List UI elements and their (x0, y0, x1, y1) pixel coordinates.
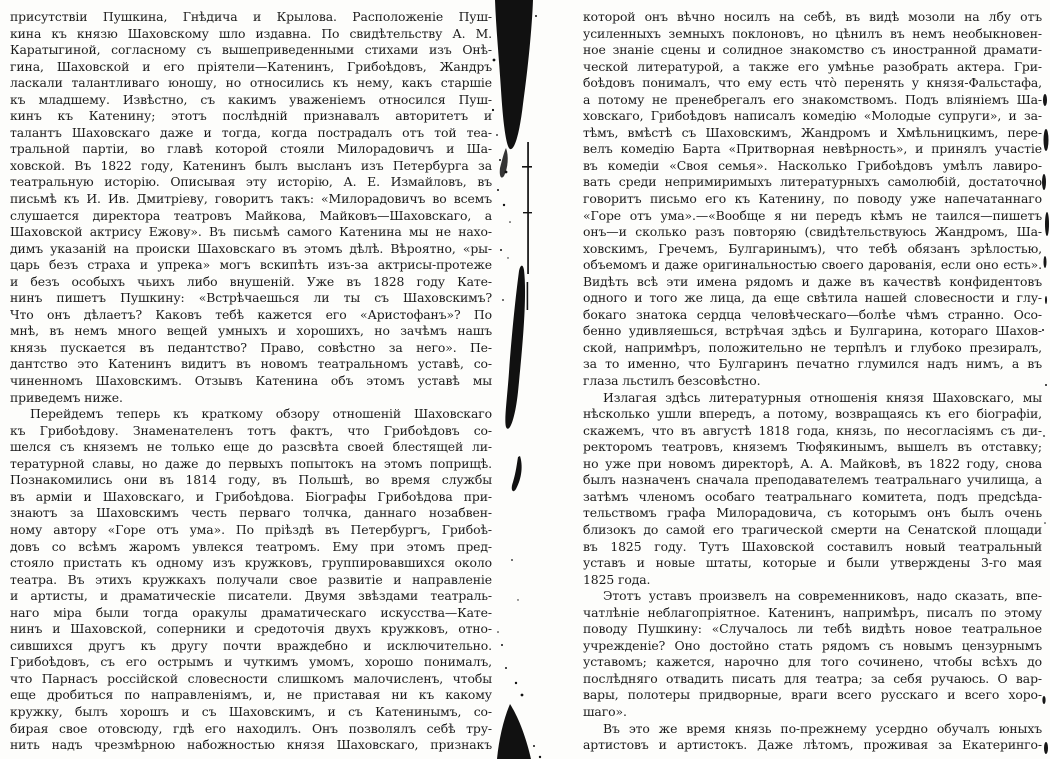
text-line: нить надъ чрезмѣрною набожностью князя Ш… (10, 737, 492, 754)
text-line: вать среди непримиримыхъ литературныхъ с… (583, 174, 1042, 191)
text-line: тельствомъ графа Милорадовича, съ которы… (583, 505, 1042, 522)
text-line: бирая свое отовсюду, гдѣ его находилъ. О… (10, 721, 492, 738)
text-line: приведемъ ниже. (10, 390, 492, 407)
text-line: и артисты, и драматическіе писатели. Дву… (10, 588, 492, 605)
text-line: довъ со всѣмъ жаромъ увлекся театромъ. Е… (10, 539, 492, 556)
text-line: Грибоѣдовъ, съ его острымъ и чуткимъ умо… (10, 654, 492, 671)
text-line: уставомъ; кажется, нарочно для того сочи… (583, 654, 1042, 671)
text-line: ховскаго, Грибоѣдовъ написалъ комедію «М… (583, 108, 1042, 125)
text-line: послѣдняго отвадить писать для театра; з… (583, 671, 1042, 688)
text-line: а потому не пренебрегалъ его знакомством… (583, 92, 1042, 109)
text-line: затѣмъ членомъ особаго театральнаго коми… (583, 489, 1042, 506)
text-line: что Парнасъ россійской словесности слишк… (10, 671, 492, 688)
text-line: и безъ особыхъ чьихъ либо внушеній. Уже … (10, 274, 492, 291)
text-line: мнѣ, въ немъ много вещей умныхъ и хороши… (10, 323, 492, 340)
text-line: онъ—и сколько разъ повторяю (свидѣтельст… (583, 224, 1042, 241)
text-line: объемомъ и даже оригинальностью своего д… (583, 257, 1042, 274)
text-line: 1825 года. (583, 572, 1042, 589)
text-line: сившихся другъ къ другу почти враждебно … (10, 638, 492, 655)
text-line: боѣдовъ понималъ, что ему есть чтò перен… (583, 75, 1042, 92)
text-line: кружку, былъ хорошъ и съ Шаховскимъ, и с… (10, 704, 492, 721)
text-line: ховской. Въ 1822 году, Катенинъ былъ выс… (10, 158, 492, 175)
text-line: былъ назначенъ сначала преподавателемъ т… (583, 472, 1042, 489)
text-line: ласкали талантливаго юношу, но относилис… (10, 75, 492, 92)
text-line: тральной партіи, во главѣ которой стояли… (10, 141, 492, 158)
text-line: дантство это Катенинъ видитъ въ новомъ т… (10, 356, 492, 373)
text-line: близокъ до самой его трагической смерти … (583, 522, 1042, 539)
text-line: тературной славы, но даже до первыхъ поп… (10, 456, 492, 473)
text-line: въ 1825 году. Тутъ Шаховской составилъ н… (583, 539, 1042, 556)
text-line: ректоромъ театровъ, княземъ Тюфякинымъ, … (583, 439, 1042, 456)
text-line: нинъ и Шаховской, соперники и средоточія… (10, 621, 492, 638)
text-line: кинъ къ Катенину; этотъ послѣдній призна… (10, 108, 492, 125)
text-line: чатлѣніе неблагопріятное. Катенинъ, напр… (583, 605, 1042, 622)
text-line: Познакомились они въ 1814 году, въ Польш… (10, 472, 492, 489)
text-line: слушается директора театровъ Майкова, Ма… (10, 208, 492, 225)
text-line: скажемъ, что въ августѣ 1818 года, князь… (583, 423, 1042, 440)
text-line: ное знаніе сцены и солидное знакомство с… (583, 42, 1042, 59)
text-line: еще дробиться по направленіямъ, и, не пр… (10, 687, 492, 704)
text-line: ховскимъ, Гречемъ, Булгаринымъ), что теб… (583, 241, 1042, 258)
text-line: чиненномъ Шаховскимъ. Отзывъ Катенина об… (10, 373, 492, 390)
book-page-right: которой онъ вѣчно носилъ на себѣ, въ вид… (583, 9, 1042, 754)
text-line: Въ это же время князь по-прежнему усердн… (583, 721, 1042, 738)
text-line: стояло пристать къ одному изъ кружковъ, … (10, 555, 492, 572)
text-line: бенно удивляешься, встрѣчая здѣсь и Булг… (583, 323, 1042, 340)
text-line: ному автору «Горе отъ ума». По пріѣздѣ в… (10, 522, 492, 539)
text-line: которой онъ вѣчно носилъ на себѣ, въ вид… (583, 9, 1042, 26)
text-line: шаго». (583, 704, 1042, 721)
text-line: Шаховской актрису Ежову». Въ письмѣ само… (10, 224, 492, 241)
text-line: Каратыгиной, согласному съ вышеприведенн… (10, 42, 492, 59)
text-line: за то именно, что Булгаринъ печатно глум… (583, 356, 1042, 373)
text-line: Видѣть всѣ эти имена рядомъ и даже въ ка… (583, 274, 1042, 291)
text-line: «Горе отъ ума».—«Вообще я ни передъ кѣмъ… (583, 208, 1042, 225)
text-line: ской, напримѣръ, положительно не терпѣлъ… (583, 340, 1042, 357)
text-line: царь безъ страха и упрека» могъ вскипѣть… (10, 257, 492, 274)
text-line: тѣмъ, вмѣстѣ съ Шаховскимъ, Жандромъ и Х… (583, 125, 1042, 142)
text-line: театральную исторію. Описывая эту исторі… (10, 174, 492, 191)
text-line: театра. Въ этихъ кружкахъ получали свое … (10, 572, 492, 589)
text-line: Излагая здѣсь литературныя отношенія кня… (583, 390, 1042, 407)
text-line: князь пускается въ педантство? Право, со… (10, 340, 492, 357)
text-line: письмѣ къ И. Ив. Дмитріеву, говоритъ так… (10, 191, 492, 208)
text-line: велъ комедію Барта «Притворная невѣрност… (583, 141, 1042, 158)
text-line: одного и того же лица, да еще свѣтила на… (583, 290, 1042, 307)
text-line: но уже при новомъ директорѣ, А. А. Майко… (583, 456, 1042, 473)
text-line: въ арміи и Шаховскаго, и Грибоѣдова. Біо… (10, 489, 492, 506)
text-line: Этотъ уставъ произвелъ на современниковъ… (583, 588, 1042, 605)
text-line: бокаго знатока сердца человѣческаго—болѣ… (583, 307, 1042, 324)
text-line: глаза льстилъ безсовѣстно. (583, 373, 1042, 390)
text-line: усиленныхъ земныхъ поклоновъ, но цѣнилъ … (583, 26, 1042, 43)
text-line: Что онъ дѣлаетъ? Каковъ тебѣ кажется его… (10, 307, 492, 324)
text-line: учрежденіе? Оно достойно стать рядомъ съ… (583, 638, 1042, 655)
text-line: кина къ князю Шаховскому шло издавна. По… (10, 26, 492, 43)
text-line: уставъ и новые штаты, которые и были утв… (583, 555, 1042, 572)
book-scan: присутствіи Пушкина, Гнѣдича и Крылова. … (0, 0, 1050, 759)
text-line: гина, Шаховской и его пріятели—Катенинъ,… (10, 59, 492, 76)
text-line: ческой литературой, а также его умѣнье р… (583, 59, 1042, 76)
text-line: говоритъ письмо его къ Катенину, по пово… (583, 191, 1042, 208)
text-line: вары, полотеры придворные, враги всего р… (583, 687, 1042, 704)
text-line: нинъ пишетъ Пушкину: «Встрѣчаешься ли ты… (10, 290, 492, 307)
text-line: талантъ Шаховскаго даже и тогда, когда п… (10, 125, 492, 142)
text-line: димъ указаній на происки Шаховскаго въ э… (10, 241, 492, 258)
text-line: артистовъ и артистокъ. Даже лѣтомъ, прож… (583, 737, 1042, 754)
text-line: наго міра были тогда оракулы драматическ… (10, 605, 492, 622)
book-gutter-shadow (492, 0, 564, 759)
text-line: присутствіи Пушкина, Гнѣдича и Крылова. … (10, 9, 492, 26)
text-line: въ комедіи «Своя семья». Насколько Грибо… (583, 158, 1042, 175)
text-line: къ Грибоѣдову. Знаменателенъ тотъ фактъ,… (10, 423, 492, 440)
text-line: шелся съ княземъ не только еще до разсвѣ… (10, 439, 492, 456)
text-line: Перейдемъ теперь къ краткому обзору отно… (10, 406, 492, 423)
text-line: нѣсколько ушли впередъ, а потому, возвра… (583, 406, 1042, 423)
book-page-left: присутствіи Пушкина, Гнѣдича и Крылова. … (10, 9, 492, 754)
text-line: къ младшему. Извѣстно, съ какимъ уважені… (10, 92, 492, 109)
text-line: поводу Пушкину: «Случалось ли тебѣ видѣт… (583, 621, 1042, 638)
text-line: знаютъ за Шаховскимъ честь перваго толчк… (10, 505, 492, 522)
